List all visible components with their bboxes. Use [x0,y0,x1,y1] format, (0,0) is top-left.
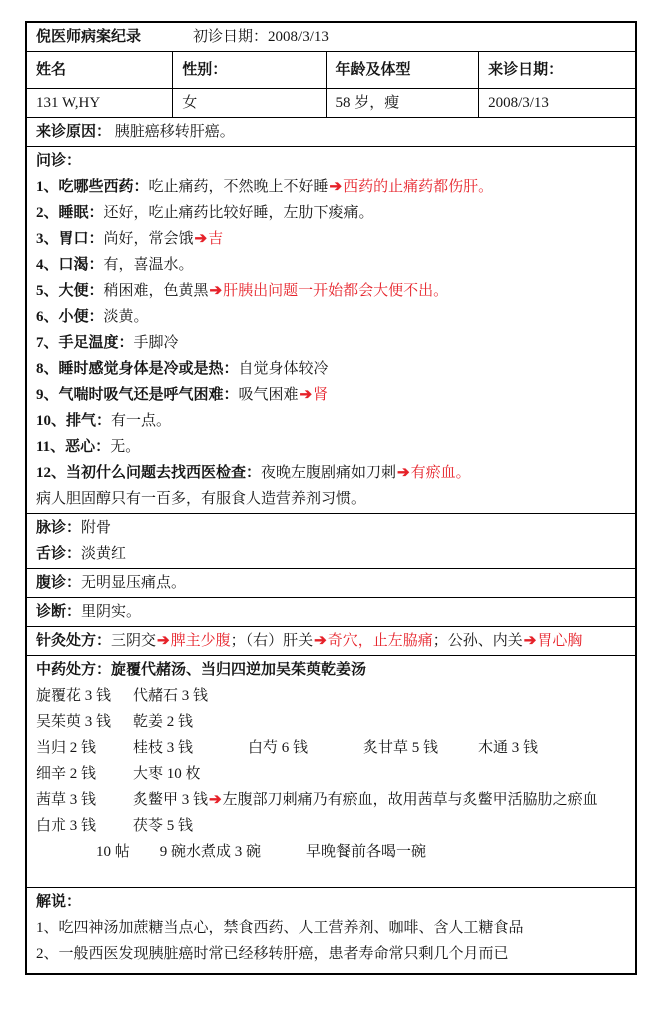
text-segment: 附骨 [81,520,111,536]
arrow-icon: ➔ [209,283,224,299]
herb-entry: 代赭石 3 钱 [133,683,248,709]
text-segment: 无。 [110,439,140,455]
herbal-line: 10 帖 9 碗水煮成 3 碗 早晚餐前各喝一碗 [36,839,626,865]
text-segment: 有一点。 [111,413,171,429]
text-segment: 奇穴，止左脇痛 [328,633,433,649]
text-segment: 有，喜温水。 [104,257,194,273]
text-segment: 左腹部刀刺痛乃有瘀血，故用茜草与炙鳖甲活脇肋之瘀血 [223,792,598,808]
text-segment: 炙鳖甲 3 钱 [133,792,208,808]
inquiry-item: 2、睡眠：还好，吃止痛药比较好睡，左肋下痠痛。 [36,200,626,226]
text-segment: 2、一般西医发现胰脏癌时常已经移转肝癌，患者寿命常只剩几个月而已 [36,946,509,962]
inquiry-item: 12、当初什么问题去找西医检查：夜晚左腹剧痛如刀刺➔有瘀血。 [36,460,626,486]
inquiry-item: 6、小便：淡黄。 [36,304,626,330]
text-segment: 尚好，常会饿 [104,231,194,247]
herbal-line: 当归 2 钱桂枝 3 钱白芍 6 钱炙甘草 5 钱木通 3 钱 [36,735,626,761]
pulse-tongue-section: 脉诊：附骨舌诊：淡黄红 [27,513,635,568]
herbal-line: 白朮 3 钱茯苓 5 钱 [36,813,626,839]
medical-record-table: 倪医师病案纪录 初诊日期： 2008/3/13 姓名 性别： 年龄及体型 来诊日… [25,21,637,975]
commentary-item: 1、吃四神汤加蔗糖当点心，禁食西药、人工营养剂、咖啡、含人工糖食品 [36,915,626,941]
arrow-icon: ➔ [208,792,223,808]
herbal-line: 茜草 3 钱炙鳖甲 3 钱➔左腹部刀刺痛乃有瘀血，故用茜草与炙鳖甲活脇肋之瘀血 [36,787,626,813]
text-segment: 腹诊： [36,575,81,591]
text-segment: 有瘀血。 [411,465,471,481]
first-visit-label: 初诊日期： [193,24,268,50]
text-segment: ；（右）肝关 [231,633,314,649]
text-segment: 4、口渴： [36,257,104,273]
inquiry-item: 病人胆固醇只有一百多，有服食人造营养剂习惯。 [36,486,626,512]
text-segment: 8、睡时感觉身体是冷或是热： [36,361,239,377]
text-segment: 手脚冷 [134,335,179,351]
text-segment: 11、恶心： [36,439,110,455]
record-title: 倪医师病案纪录 [36,24,141,50]
text-segment: 1、吃四神汤加蔗糖当点心，禁食西药、人工营养剂、咖啡、含人工糖食品 [36,920,524,936]
text-segment: 1、吃哪些西药： [36,179,149,195]
value-age-body: 58 岁，瘦 [326,89,479,117]
abdomen-row: 腹诊：无明显压痛点。 [27,568,635,597]
arrow-icon: ➔ [329,179,344,195]
diagnosis-line: 脉诊：附骨 [36,515,626,541]
arrow-icon: ➔ [396,465,411,481]
herb-entry: 茯苓 5 钱 [133,813,248,839]
inquiry-items: 1、吃哪些西药：吃止痛药，不然晚上不好睡➔西药的止痛药都伤肝。2、睡眠：还好，吃… [36,174,626,512]
inquiry-label: 问诊： [36,148,626,174]
text-segment: 6、小便： [36,309,104,325]
text-segment: ；公孙、内关 [433,633,523,649]
inquiry-item: 5、大便：稍困难，色黄黑➔肝胰出问题一开始都会大便不出。 [36,278,626,304]
text-segment: 7、手足温度： [36,335,134,351]
herbal-line: 吴茱萸 3 钱乾姜 2 钱 [36,709,626,735]
header-gender: 性别： [172,52,325,88]
text-segment: 12、当初什么问题去找西医检查： [36,465,261,481]
inquiry-item: 11、恶心：无。 [36,434,626,460]
herbal-line: 中药处方：旋覆代赭汤、当归四逆加吴茱萸乾姜汤 [36,657,626,683]
text-segment: 三阴交 [111,633,156,649]
text-segment: 吸气困难 [239,387,299,403]
text-segment: 胃心胸 [537,633,582,649]
acupuncture-row: 针灸处方：三阴交➔脾主少腹；（右）肝关➔奇穴，止左脇痛；公孙、内关➔胃心胸 [27,626,635,655]
value-gender: 女 [172,89,325,117]
header-age-body: 年龄及体型 [326,52,479,88]
herb-entry: 乾姜 2 钱 [133,709,248,735]
patient-value-row: 131 W,HY 女 58 岁，瘦 2008/3/13 [27,88,635,117]
text-segment: 诊断： [36,604,81,620]
visit-reason-label: 来诊原因： [36,124,111,140]
herbal-section: 中药处方：旋覆代赭汤、当归四逆加吴茱萸乾姜汤旋覆花 3 钱代赭石 3 钱吴茱萸 … [27,655,635,887]
text-segment: 吃止痛药，不然晚上不好睡 [149,179,329,195]
inquiry-item: 7、手足温度：手脚冷 [36,330,626,356]
first-visit-date: 2008/3/13 [268,24,329,50]
text-segment: 针灸处方： [36,633,111,649]
text-segment: 病人胆固醇只有一百多，有服食人造营养剂习惯。 [36,491,366,507]
herbal-line: 旋覆花 3 钱代赭石 3 钱 [36,683,626,709]
herb-entry: 吴茱萸 3 钱 [36,709,133,735]
text-segment: 2、睡眠： [36,205,104,221]
value-visit-date: 2008/3/13 [478,89,635,117]
patient-header-row: 姓名 性别： 年龄及体型 来诊日期： [27,51,635,88]
text-segment: 吉 [208,231,223,247]
herb-entry: 细辛 2 钱 [36,761,133,787]
diagnosis-row: 诊断：里阴实。 [27,597,635,626]
text-segment: 淡黄红 [81,546,126,562]
herb-entry: 大枣 10 枚 [133,761,248,787]
herb-entry: 桂枝 3 钱 [133,735,248,761]
commentary-items: 1、吃四神汤加蔗糖当点心，禁食西药、人工营养剂、咖啡、含人工糖食品2、一般西医发… [36,915,626,967]
inquiry-item: 3、胃口：尚好，常会饿➔吉 [36,226,626,252]
herb-entry: 木通 3 钱 [478,735,593,761]
text-segment: 里阴实。 [81,604,141,620]
inquiry-section: 问诊： 1、吃哪些西药：吃止痛药，不然晚上不好睡➔西药的止痛药都伤肝。2、睡眠：… [27,146,635,513]
text-segment: 无明显压痛点。 [81,575,186,591]
arrow-icon: ➔ [299,387,314,403]
herb-entry: 旋覆花 3 钱 [36,683,133,709]
text-segment: 西药的止痛药都伤肝。 [343,179,493,195]
header-name: 姓名 [27,52,172,88]
herb-entry: 白朮 3 钱 [36,813,133,839]
commentary-section: 解说： 1、吃四神汤加蔗糖当点心，禁食西药、人工营养剂、咖啡、含人工糖食品2、一… [27,887,635,973]
inquiry-item: 10、排气：有一点。 [36,408,626,434]
commentary-label: 解说： [36,889,626,915]
text-segment: 9、气喘时吸气还是呼气困难： [36,387,239,403]
inquiry-item: 8、睡时感觉身体是冷或是热：自觉身体较冷 [36,356,626,382]
inquiry-item: 9、气喘时吸气还是呼气困难：吸气困难➔肾 [36,382,626,408]
diagnosis-line: 舌诊：淡黄红 [36,541,626,567]
value-name: 131 W,HY [27,89,172,117]
pulse-tongue-lines: 脉诊：附骨舌诊：淡黄红 [36,515,626,567]
text-segment: 还好，吃止痛药比较好睡，左肋下痠痛。 [104,205,374,221]
text-segment: 淡黄。 [104,309,149,325]
text-segment: 茜草 3 钱 [36,787,133,813]
herb-entry: 炙甘草 5 钱 [363,735,478,761]
text-segment: 脉诊： [36,520,81,536]
header-visit-date: 来诊日期： [478,52,635,88]
text-segment: 10、排气： [36,413,111,429]
text-segment: 脾主少腹 [171,633,231,649]
arrow-icon: ➔ [156,633,171,649]
text-segment: 中药处方：旋覆代赭汤、当归四逆加吴茱萸乾姜汤 [36,662,366,678]
arrow-icon: ➔ [523,633,538,649]
text-segment: 夜晚左腹剧痛如刀刺 [261,465,396,481]
herb-entry: 当归 2 钱 [36,735,133,761]
inquiry-item: 4、口渴：有，喜温水。 [36,252,626,278]
inquiry-item: 1、吃哪些西药：吃止痛药，不然晚上不好睡➔西药的止痛药都伤肝。 [36,174,626,200]
arrow-icon: ➔ [194,231,209,247]
text-segment: 稍困难，色黄黑 [104,283,209,299]
arrow-icon: ➔ [313,633,328,649]
visit-reason-text: 胰脏癌移转肝癌。 [115,124,235,140]
herbal-line: 细辛 2 钱大枣 10 枚 [36,761,626,787]
text-segment: 自觉身体较冷 [239,361,329,377]
commentary-item: 2、一般西医发现胰脏癌时常已经移转肝癌，患者寿命常只剩几个月而已 [36,941,626,967]
herb-entry: 白芍 6 钱 [248,735,363,761]
text-segment: 10 帖 9 碗水煮成 3 碗 早晚餐前各喝一碗 [36,844,426,860]
text-segment: 3、胃口： [36,231,104,247]
herbal-lines: 中药处方：旋覆代赭汤、当归四逆加吴茱萸乾姜汤旋覆花 3 钱代赭石 3 钱吴茱萸 … [36,657,626,865]
text-segment: 肾 [313,387,328,403]
record-title-row: 倪医师病案纪录 初诊日期： 2008/3/13 [27,23,635,51]
text-segment: 5、大便： [36,283,104,299]
text-segment: 舌诊： [36,546,81,562]
text-segment: 肝胰出问题一开始都会大便不出。 [223,283,448,299]
visit-reason-row: 来诊原因： 胰脏癌移转肝癌。 [27,117,635,146]
